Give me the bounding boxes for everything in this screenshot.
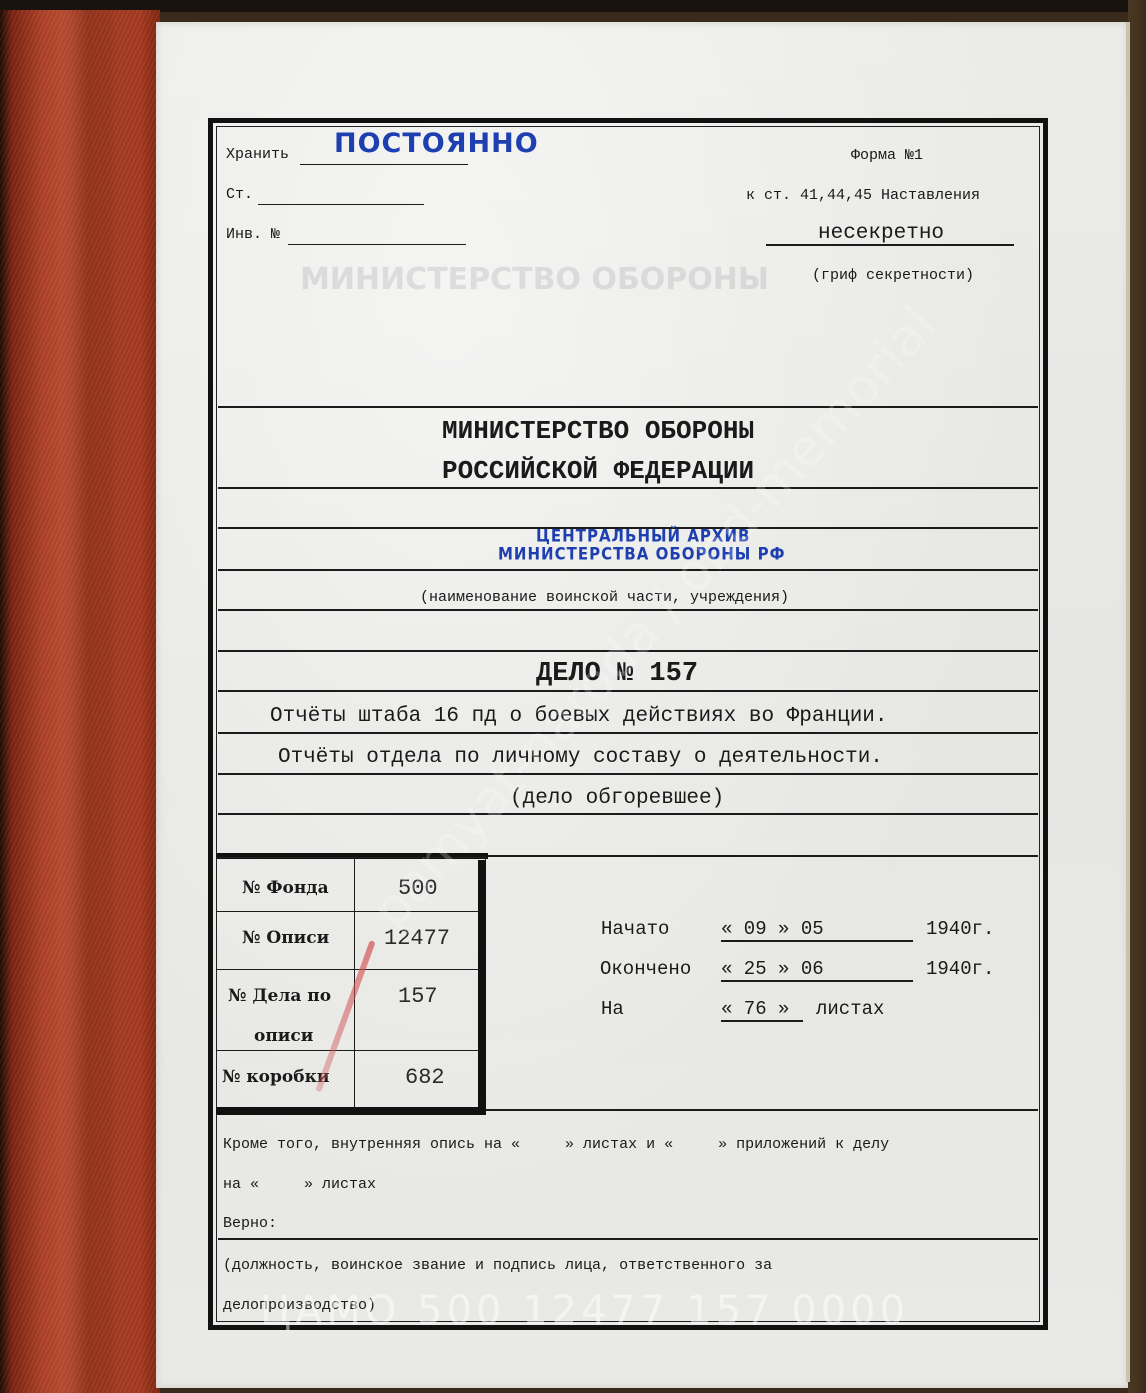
rule-13 [218, 1238, 1038, 1240]
keep-label: Хранить [226, 146, 289, 163]
archive-id-watermark: ЦАМО 500 12477 157 0000 [260, 1288, 909, 1334]
sheets-underline [721, 1020, 803, 1022]
started-label: Начато [601, 918, 669, 940]
secrecy-underline [766, 244, 1014, 246]
article-underline [258, 204, 424, 205]
institution-line-1: МИНИСТЕРСТВО ОБОРОНЫ [442, 416, 754, 446]
article-label: Ст. [226, 186, 253, 203]
archive-table-row-rule-2 [216, 969, 480, 970]
delo-label-line-1: № Дела по [228, 986, 331, 1006]
ended-year: 1940г. [926, 958, 994, 980]
archive-table-shadow-bottom [216, 1107, 486, 1115]
sheets-count: « 76 » [721, 998, 789, 1020]
started-underline [721, 940, 913, 942]
ended-label: Окончено [600, 958, 691, 980]
rule-10 [218, 813, 1038, 815]
box-label: № коробки [222, 1067, 329, 1087]
rule-9 [218, 773, 1038, 775]
form-reference: к ст. 41,44,45 Наставления [746, 187, 980, 204]
attachments-sheets-line: на « » листах [223, 1176, 376, 1193]
sheets-label: На [601, 998, 624, 1020]
started-year: 1940г. [926, 918, 994, 940]
case-description-line-2: Отчёты отдела по личному составу о деяте… [278, 746, 883, 769]
case-description-line-3: (дело обгоревшее) [510, 787, 724, 810]
box-value: 682 [405, 1065, 445, 1090]
inventory-underline [288, 244, 466, 245]
rule-12 [486, 1109, 1038, 1111]
cover-sheet-edge [1126, 22, 1130, 1382]
responsible-line-1: (должность, воинское звание и подпись ли… [223, 1257, 772, 1274]
verified-label: Верно: [223, 1215, 277, 1232]
inner-inventory-line: Кроме того, внутренняя опись на « » лист… [223, 1136, 889, 1153]
ended-underline [721, 980, 913, 982]
scan-backdrop-right [1128, 0, 1146, 1393]
secrecy-value: несекретно [818, 222, 944, 245]
ended-date: « 25 » 06 [721, 958, 824, 980]
started-date: « 09 » 05 [721, 918, 824, 940]
fond-label: № Фонда [242, 878, 329, 898]
institution-line-2: РОССИЙСКОЙ ФЕДЕРАЦИИ [442, 456, 754, 486]
rule-1 [218, 406, 1038, 408]
delo-value: 157 [398, 984, 438, 1009]
folder-spine-fold [12, 10, 152, 1393]
sheets-suffix: листах [816, 998, 884, 1020]
opis-label: № Описи [242, 928, 329, 948]
form-number: Форма №1 [851, 147, 923, 164]
archive-table-shadow-right [478, 860, 486, 1114]
archive-table-row-rule-1 [216, 911, 480, 912]
rule-8 [218, 732, 1038, 734]
inventory-label: Инв. № [226, 226, 280, 243]
secrecy-caption: (гриф секретности) [812, 267, 974, 284]
delo-label-line-2: описи [254, 1026, 313, 1046]
rule-4 [218, 569, 1038, 571]
keep-permanent-stamp: ПОСТОЯННО [334, 128, 539, 159]
rule-2 [218, 487, 1038, 489]
rule-11 [486, 855, 1038, 857]
scan-backdrop-top [0, 0, 1146, 12]
institution-caption: (наименование воинской части, учреждения… [420, 589, 789, 606]
keep-underline [300, 164, 468, 165]
archive-table-row-rule-3 [216, 1050, 480, 1051]
